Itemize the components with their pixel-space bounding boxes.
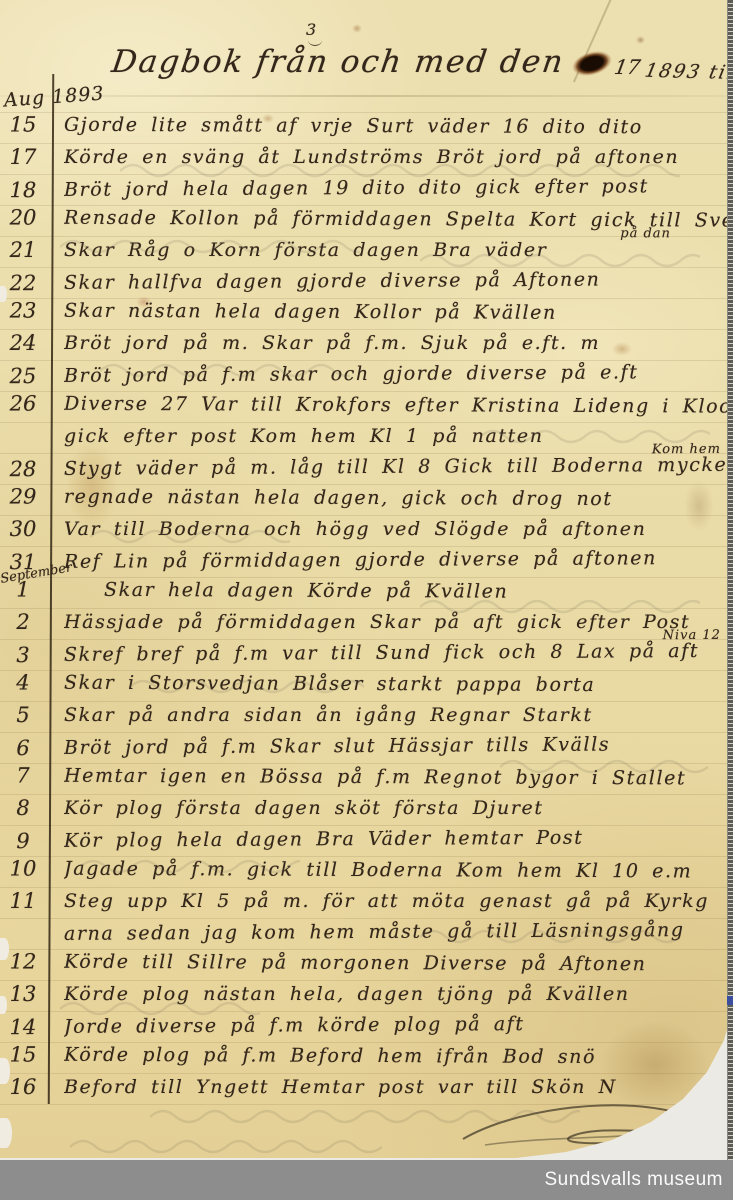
entry-day: 25 — [0, 364, 46, 388]
diary-row: 12Körde till Sillre på morgonen Diverse … — [0, 947, 729, 981]
entry-text: Körde plog på f.m Beford hem ifrån Bod s… — [64, 1044, 727, 1069]
diary-entries: 15Gjorde lite smått af vrje Surt väder 1… — [0, 112, 729, 1104]
entry-day: 11 — [0, 889, 46, 913]
entry-day: 7 — [0, 763, 46, 787]
diary-row: 8Kör plog första dagen sköt första Djure… — [0, 794, 729, 825]
entry-day: 21 — [0, 238, 46, 262]
diary-row: 13Körde plog nästan hela, dagen tjöng på… — [0, 980, 729, 1011]
diary-row: 6Bröt jord på f.m Skar slut Hässjar till… — [0, 730, 729, 765]
entry-day: 20 — [0, 205, 46, 229]
entry-day: 10 — [0, 856, 46, 880]
diary-row: 20Rensade Kollon på förmiddagen Spelta K… — [0, 203, 729, 237]
entry-day: 24 — [0, 331, 46, 355]
diary-row: 22Skar hallfva dagen gjorde diverse på A… — [0, 265, 729, 300]
entry-text: Beford till Yngett Hemtar post var till … — [64, 1076, 727, 1098]
entry-day: 8 — [0, 796, 46, 820]
diary-row: 2Hässjade på förmiddagen Skar på aft gic… — [0, 608, 729, 639]
entry-text: Bröt jord på f.m Skar slut Hässjar tills… — [64, 733, 727, 759]
entry-text: Skar i Storsvedjan Blåser starkt pappa b… — [64, 672, 727, 697]
diary-row: 11Steg upp Kl 5 på m. för att möta genas… — [0, 887, 729, 918]
entry-text: Hässjade på förmiddagen Skar på aft gick… — [64, 611, 727, 633]
entry-text: Skar hela dagen Körde på Kvällen — [64, 579, 727, 604]
torn-edge — [0, 286, 7, 302]
diary-row: 17Körde en sväng åt Lundströms Bröt jord… — [0, 143, 729, 174]
entry-day: 29 — [0, 484, 46, 508]
torn-edge — [0, 996, 7, 1014]
diary-row: 10Jagade på f.m. gick till Boderna Kom h… — [0, 854, 729, 888]
diary-row: 18Bröt jord hela dagen 19 dito dito gick… — [0, 172, 729, 207]
entry-text: Körde till Sillre på morgonen Diverse på… — [64, 951, 727, 976]
ruler-marker — [727, 996, 733, 1005]
diary-row: 25Bröt jord på f.m skar och gjorde diver… — [0, 358, 729, 393]
entry-text: Jorde diverse på f.m körde plog på aft — [64, 1012, 727, 1038]
entry-text: Skar Råg o Korn första dagen Bra väder — [64, 239, 727, 261]
bleedthrough-ghost-writing — [70, 1138, 390, 1158]
entry-day: 15 — [0, 112, 46, 136]
entry-text: Skar på andra sidan ån igång Regnar Star… — [64, 704, 727, 726]
diary-row: 26Diverse 27 Var till Krokfors efter Kri… — [0, 389, 729, 423]
entry-day: 28 — [0, 457, 46, 481]
paper-stain — [352, 24, 362, 33]
entry-day: 4 — [0, 670, 46, 694]
page-number: 3 — [306, 20, 322, 46]
paper-stain — [636, 36, 645, 44]
entry-text: Bröt jord på f.m skar och gjorde diverse… — [64, 361, 727, 387]
entry-text: Hemtar igen en Bössa på f.m Regnot bygor… — [64, 765, 727, 790]
diary-title-tail: 1893 tillsvidare — [643, 60, 733, 87]
diary-row: 31Ref Lin på förmiddagen gjorde diverse … — [0, 544, 729, 579]
entry-text: Var till Boderna och högg ved Slögde på … — [64, 518, 727, 540]
entry-day: 17 — [0, 145, 46, 169]
diary-title-date: 17 — [613, 55, 643, 79]
entry-day: 3 — [0, 643, 46, 667]
diary-row: 15Gjorde lite smått af vrje Surt väder 1… — [0, 110, 729, 144]
torn-edge — [0, 1058, 10, 1084]
entry-day: 2 — [0, 610, 46, 634]
museum-credit: Sundsvalls museum — [544, 1169, 723, 1191]
entry-day: 23 — [0, 298, 46, 322]
diary-row: 23Skar nästan hela dagen Kollor på Kväll… — [0, 296, 729, 330]
museum-band: Sundsvalls museum — [0, 1160, 733, 1200]
entry-day: 26 — [0, 391, 46, 415]
entry-text: Stygt väder på m. låg till Kl 8 Gick til… — [64, 454, 727, 480]
entry-text: gick efter post Kom hem Kl 1 på natten — [64, 425, 727, 447]
measuring-strip — [727, 0, 733, 1160]
entry-day: 9 — [0, 829, 46, 853]
diary-row: 24Bröt jord på m. Skar på f.m. Sjuk på e… — [0, 329, 729, 360]
diary-row: 29regnade nästan hela dagen, gick och dr… — [0, 482, 729, 516]
diary-row: 28Stygt väder på m. låg till Kl 8 Gick t… — [0, 451, 729, 486]
entry-text: Steg upp Kl 5 på m. för att möta genast … — [64, 890, 727, 912]
diary-row: 15Körde plog på f.m Beford hem ifrån Bod… — [0, 1040, 729, 1074]
entry-text: Körde plog nästan hela, dagen tjöng på K… — [64, 983, 727, 1005]
entry-text: Jagade på f.m. gick till Boderna Kom hem… — [64, 858, 727, 883]
bleedthrough-ghost-writing — [150, 1108, 580, 1128]
entry-text: Skref bref på f.m var till Sund fick och… — [64, 640, 727, 666]
entry-day: 5 — [0, 703, 46, 727]
paper-crease — [0, 95, 733, 97]
entry-text: Gjorde lite smått af vrje Surt väder 16 … — [64, 114, 727, 139]
entry-text: Skar hallfva dagen gjorde diverse på Aft… — [64, 268, 727, 294]
diary-row: 16Beford till Yngett Hemtar post var til… — [0, 1073, 729, 1104]
entry-day: 6 — [0, 736, 46, 760]
diary-title: Dagbok från och med den17 1893 tillsvida… — [112, 44, 728, 80]
entry-text: Skar nästan hela dagen Kollor på Kvällen — [64, 300, 727, 325]
entry-text: Bröt jord på m. Skar på f.m. Sjuk på e.f… — [64, 332, 727, 354]
diary-row: 9Kör plog hela dagen Bra Väder hemtar Po… — [0, 823, 729, 858]
entry-text: Körde en sväng åt Lundströms Bröt jord p… — [64, 146, 727, 168]
entry-text: Kör plog hela dagen Bra Väder hemtar Pos… — [64, 826, 727, 852]
diary-row: 30Var till Boderna och högg ved Slögde p… — [0, 515, 729, 546]
entry-day: 1 — [0, 577, 46, 601]
diary-row: 7Hemtar igen en Bössa på f.m Regnot bygo… — [0, 761, 729, 795]
entry-day: 14 — [0, 1015, 46, 1039]
entry-note: Kom hem — [652, 442, 721, 457]
diary-row: 3Skref bref på f.m var till Sund fick oc… — [0, 637, 729, 672]
diary-row: arna sedan jag kom hem måste gå till Läs… — [0, 916, 729, 951]
diary-title-text: Dagbok från och med den — [109, 44, 566, 80]
ink-blot — [568, 45, 617, 81]
entry-text: Ref Lin på förmiddagen gjorde diverse på… — [64, 547, 727, 573]
diary-page: 3 Dagbok från och med den17 1893 tillsvi… — [0, 0, 733, 1160]
diary-row: 4Skar i Storsvedjan Blåser starkt pappa … — [0, 668, 729, 702]
entry-note: Niva 12 — [663, 628, 721, 643]
diary-row: gick efter post Kom hem Kl 1 på natten — [0, 422, 729, 453]
entry-day: 18 — [0, 178, 46, 202]
entry-text: arna sedan jag kom hem måste gå till Läs… — [64, 919, 727, 945]
diary-row: 5Skar på andra sidan ån igång Regnar Sta… — [0, 701, 729, 732]
torn-edge — [0, 1118, 12, 1148]
margin-month-header: Aug 1893 — [3, 83, 105, 112]
entry-text: Diverse 27 Var till Krokfors efter Krist… — [64, 393, 727, 418]
entry-text: Kör plog första dagen sköt första Djuret — [64, 797, 727, 819]
entry-day: 30 — [0, 517, 46, 541]
torn-edge — [0, 938, 9, 960]
entry-text: Bröt jord hela dagen 19 dito dito gick e… — [64, 175, 727, 201]
diary-row: 14Jorde diverse på f.m körde plog på aft — [0, 1009, 729, 1044]
entry-text: regnade nästan hela dagen, gick och drog… — [64, 486, 727, 511]
diary-row: 21Skar Råg o Korn första dagen Bra väder — [0, 236, 729, 267]
diary-row: 1Skar hela dagen Körde på Kvällen — [0, 575, 729, 609]
